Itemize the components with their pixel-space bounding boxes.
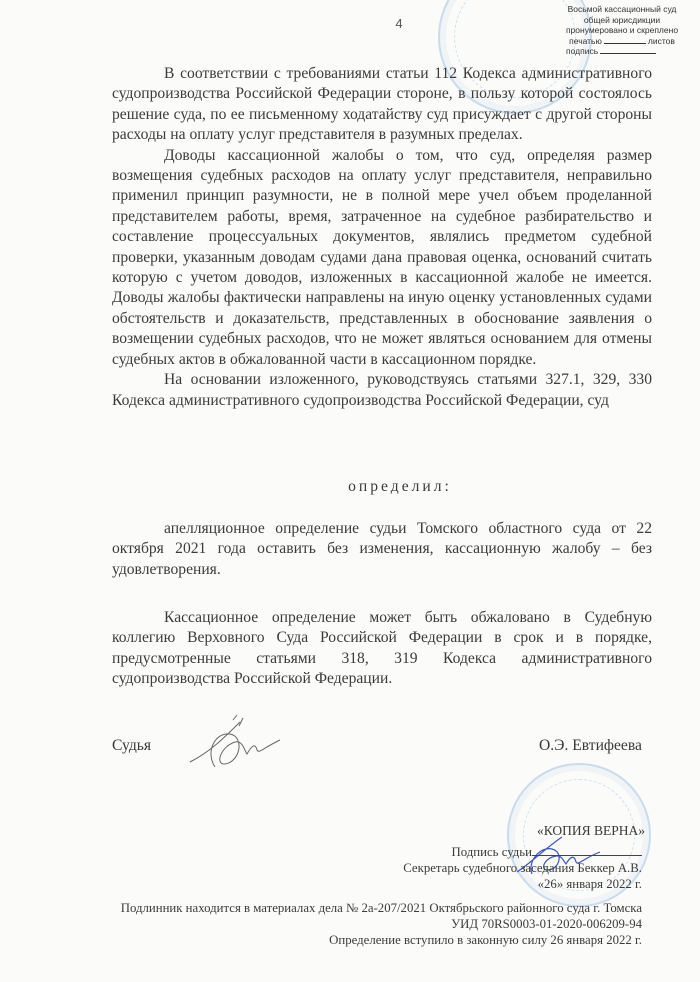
case-uid: УИД 70RS0003-01-2020-006209-94: [451, 917, 642, 933]
operative-paragraph: апелляционное определение судьи Томского…: [112, 519, 652, 580]
stamp-signature-label: подпись: [566, 46, 598, 56]
paragraph-complaint-arguments: Доводы кассационной жалобы о том, что су…: [112, 146, 652, 370]
decision-heading: определил:: [0, 478, 700, 496]
stamp-seal-label: печатью: [569, 36, 602, 46]
stamp-numbered: пронумеровано и скреплено: [552, 25, 692, 36]
judge-signature-label: Подпись судьи: [452, 845, 533, 859]
operative-section: апелляционное определение судьи Томского…: [112, 519, 652, 580]
page-number: 4: [389, 16, 409, 31]
secretary-line: Секретарь судебного заседания Беккер А.В…: [403, 861, 642, 877]
appeal-paragraph: Кассационное определение может быть обжа…: [112, 608, 652, 690]
document-page: 4 Восьмой кассационный суд общей юрисдик…: [0, 0, 700, 982]
stamp-sheets-blank: [604, 43, 646, 44]
appeal-section: Кассационное определение может быть обжа…: [112, 608, 652, 690]
judge-signature-row: Подпись судьи: [452, 845, 643, 861]
reasoning-section: В соответствии с требованиями статьи 112…: [112, 64, 652, 411]
certification-date: «26» января 2022 г.: [538, 877, 642, 893]
judge-label: Судья: [112, 737, 151, 755]
judge-name: О.Э. Евтифеева: [539, 737, 642, 755]
original-location: Подлинник находится в материалах дела № …: [121, 901, 642, 917]
judge-signature-icon: [185, 712, 285, 772]
stamp-sheets-label: листов: [648, 36, 675, 46]
pagination-stamp: Восьмой кассационный суд общей юрисдикци…: [552, 4, 692, 57]
stamp-jurisdiction: общей юрисдикции: [552, 15, 692, 26]
stamp-signature-blank: [600, 53, 656, 54]
stamp-signature-row: подпись: [552, 46, 692, 57]
judge-signature-line: [532, 855, 642, 856]
paragraph-legal-basis: На основании изложенного, руководствуясь…: [112, 370, 652, 411]
stamp-court-name: Восьмой кассационный суд: [552, 4, 692, 15]
paragraph-costs-rule: В соответствии с требованиями статьи 112…: [112, 64, 652, 146]
stamp-sheets-row: печатьюлистов: [552, 36, 692, 47]
effective-date: Определение вступило в законную силу 26 …: [329, 933, 642, 949]
